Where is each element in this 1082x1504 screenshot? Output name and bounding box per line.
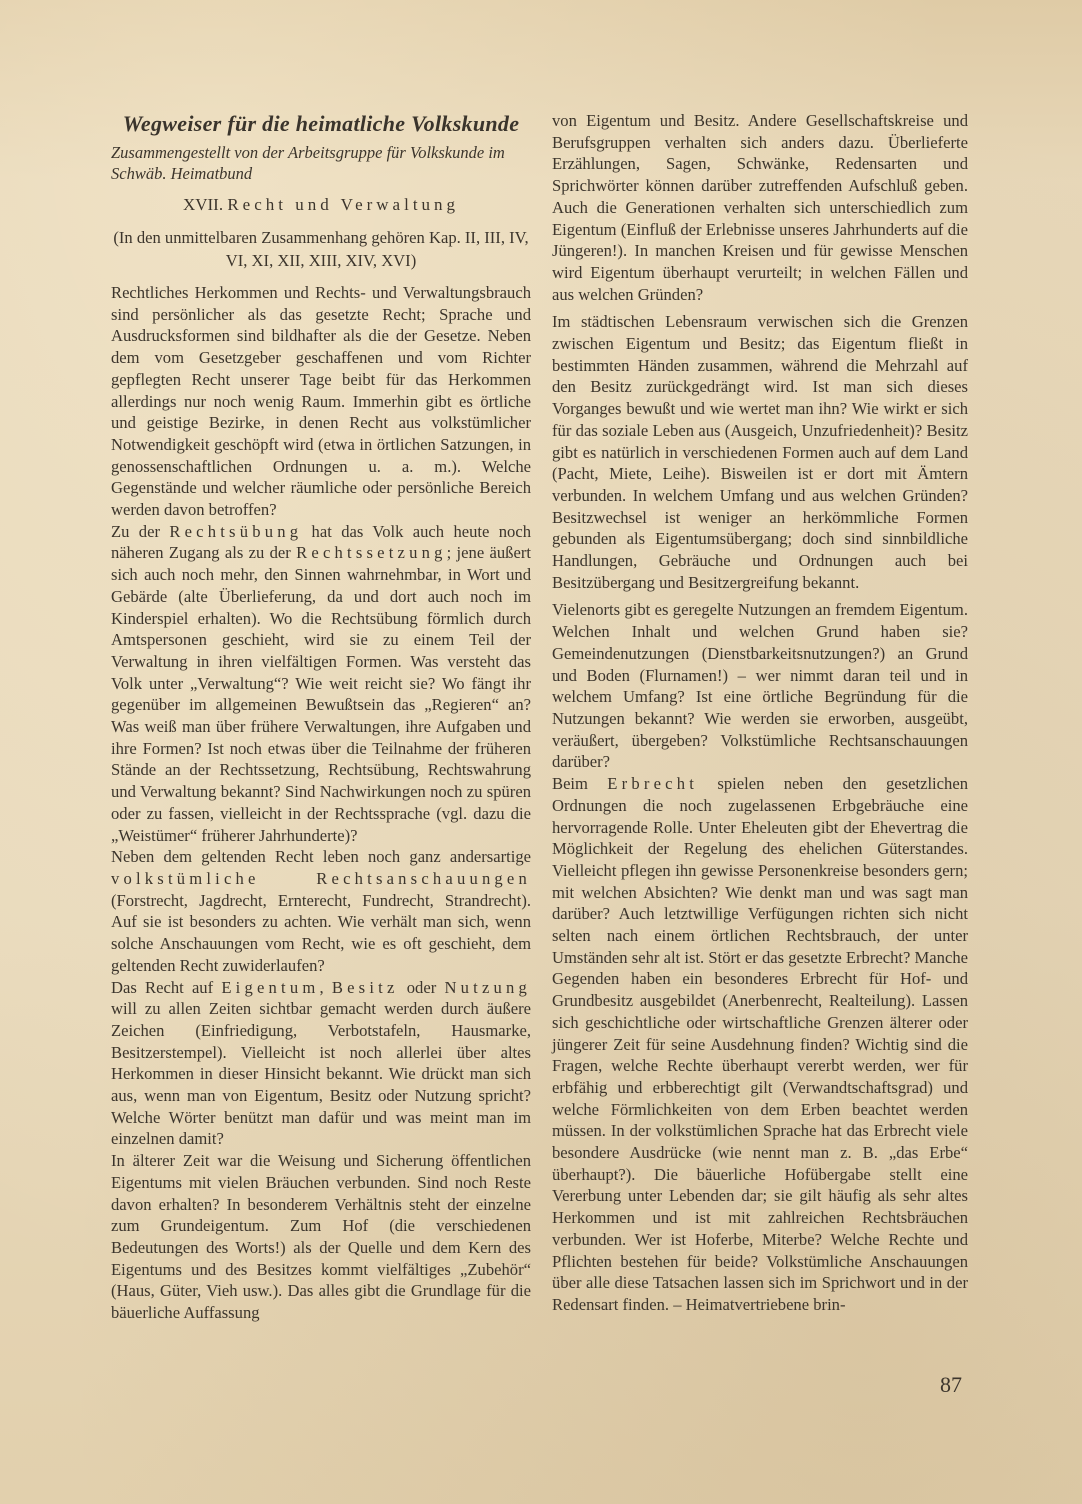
page-number: 87 — [940, 1372, 962, 1398]
text-run: Zu der — [111, 522, 169, 541]
emphasis-nutzung: Nutzung — [444, 978, 531, 997]
document-page: Wegweiser für die heimatliche Volkskunde… — [0, 0, 1082, 1504]
chapter-number: XVII. — [183, 195, 223, 214]
text-run: spielen neben den gesetzlichen Ordnungen… — [552, 774, 968, 1314]
emphasis-erbrecht: Erbrecht — [607, 774, 698, 793]
left-column: Wegweiser für die heimatliche Volkskunde… — [111, 110, 531, 1324]
chapter-note: (In den unmittelbaren Zusammenhang gehör… — [111, 226, 531, 272]
paragraph: Beim Erbrecht spielen neben den gesetzli… — [552, 773, 968, 1316]
paragraph: Neben dem geltenden Recht leben noch gan… — [111, 846, 531, 976]
text-run: Das Recht auf — [111, 978, 221, 997]
paragraph: In älterer Zeit war die Weisung und Sich… — [111, 1150, 531, 1324]
emphasis-rechtsanschauungen: volkstümliche Rechtsanschauungen — [111, 869, 531, 888]
text-run: (Forstrecht, Jagdrecht, Ernterecht, Fund… — [111, 891, 531, 975]
text-run: Neben dem geltenden Recht leben noch gan… — [111, 847, 531, 866]
text-run: oder — [399, 978, 445, 997]
text-run: , — [319, 978, 331, 997]
text-run: will zu allen Zeiten sichtbar gemacht we… — [111, 999, 531, 1148]
text-run: Beim — [552, 774, 607, 793]
paragraph: von Eigentum und Besitz. Andere Gesellsc… — [552, 110, 968, 305]
chapter-heading: XVII. Recht und Verwaltung — [111, 194, 531, 216]
emphasis-rechtssetzung: Rechtssetzung — [296, 543, 446, 562]
paragraph: Vielenorts gibt es geregelte Nutzungen a… — [552, 599, 968, 773]
paragraph: Im städtischen Lebensraum verwischen sic… — [552, 311, 968, 593]
paragraph: Das Recht auf Eigentum, Besitz oder Nutz… — [111, 977, 531, 1151]
paragraph: Rechtliches Herkommen und Rechts- und Ve… — [111, 282, 531, 521]
right-column: von Eigentum und Besitz. Andere Gesellsc… — [552, 110, 968, 1316]
emphasis-besitz: Besitz — [332, 978, 399, 997]
text-run: ; jene äußert sich auch noch mehr, den S… — [111, 543, 531, 844]
emphasis-rechtsuebung: Rechtsübung — [169, 522, 302, 541]
emphasis-eigentum: Eigentum — [221, 978, 319, 997]
paragraph: Zu der Rechtsübung hat das Volk auch heu… — [111, 521, 531, 847]
article-subtitle: Zusammengestellt von der Arbeitsgruppe f… — [111, 142, 531, 184]
chapter-title: Recht und Verwaltung — [227, 195, 459, 214]
article-title: Wegweiser für die heimatliche Volkskunde — [111, 110, 531, 138]
